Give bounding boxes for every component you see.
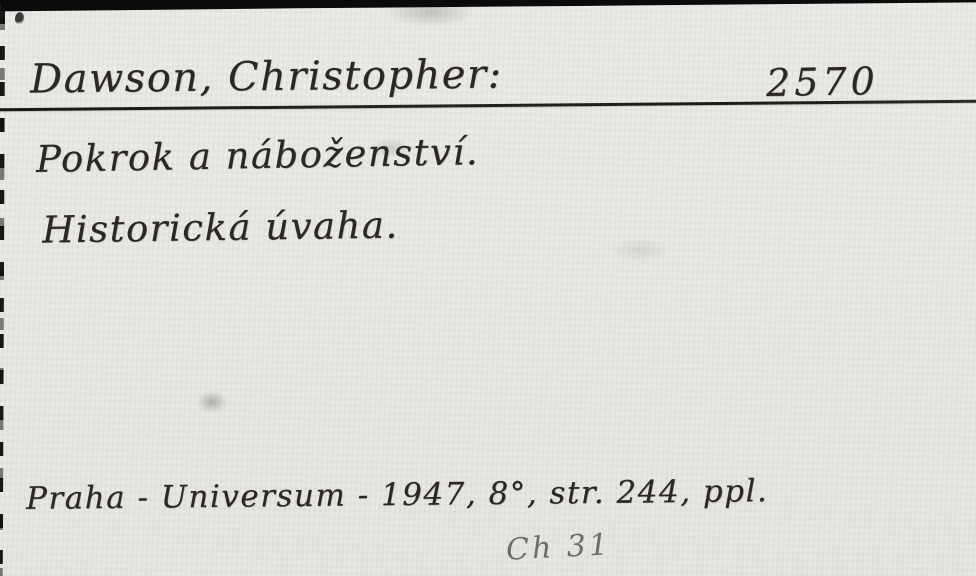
scan-edge-left xyxy=(0,10,5,576)
author-heading: Dawson, Christopher: xyxy=(30,52,503,103)
shelf-mark: Ch 31 xyxy=(505,527,612,567)
work-title: Pokrok a náboženství. xyxy=(36,130,480,181)
work-subtitle: Historická úvaha. xyxy=(42,204,399,252)
catalog-number: 2570 xyxy=(766,59,879,105)
scan-edge-top xyxy=(0,0,976,12)
ink-speck xyxy=(15,12,24,25)
catalog-card-scan: Dawson, Christopher: 2570 Pokrok a nábož… xyxy=(0,0,976,576)
ruled-divider xyxy=(0,100,976,112)
imprint-line: Praha - Universum - 1947, 8°, str. 244, … xyxy=(26,473,769,517)
